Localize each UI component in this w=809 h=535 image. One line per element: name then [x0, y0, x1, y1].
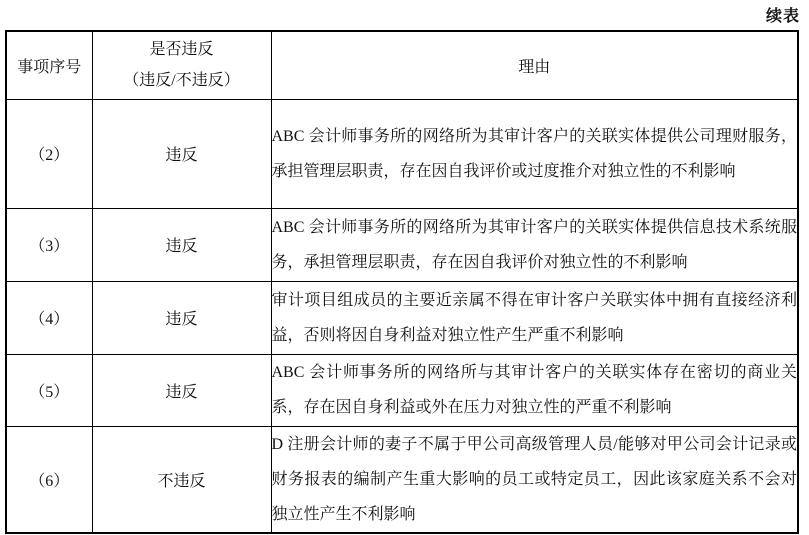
- table-row: （2） 违反 ABC 会计师事务所的网络所为其审计客户的关联实体提供公司理财服务…: [6, 99, 798, 208]
- violations-table: 事项序号 是否违反 （违反/不违反） 理由 （2） 违反 ABC 会计师事务所的…: [5, 30, 799, 534]
- table-header-row: 事项序号 是否违反 （违反/不违反） 理由: [6, 31, 798, 99]
- reason-cell: ABC 会计师事务所的网络所为其审计客户的关联实体提供公司理财服务，承担管理层职…: [271, 99, 798, 208]
- col-header-violation: 是否违反 （违反/不违反）: [92, 31, 271, 99]
- col-header-reason: 理由: [271, 31, 798, 99]
- col-header-violation-line2: （违反/不违反）: [93, 65, 271, 96]
- reason-cell: D 注册会计师的妻子不属于甲公司高级管理人员/能够对甲公司会计记录或财务报表的编…: [271, 426, 798, 533]
- table-row: （4） 违反 审计项目组成员的主要近亲属不得在审计客户关联实体中拥有直接经济利益…: [6, 281, 798, 354]
- violation-cell: 违反: [92, 99, 271, 208]
- col-header-violation-line1: 是否违反: [93, 34, 271, 65]
- col-header-item-number: 事项序号: [6, 31, 92, 99]
- reason-cell: ABC 会计师事务所的网络所为其审计客户的关联实体提供信息技术系统服务，承担管理…: [271, 208, 798, 281]
- item-number-cell: （3）: [6, 208, 92, 281]
- reason-cell: ABC 会计师事务所的网络所与其审计客户的关联实体存在密切的商业关系，存在因自身…: [271, 354, 798, 426]
- item-number-cell: （4）: [6, 281, 92, 354]
- violation-cell: 违反: [92, 208, 271, 281]
- continued-table-label: 续表: [766, 3, 800, 26]
- item-number-cell: （5）: [6, 354, 92, 426]
- reason-cell: 审计项目组成员的主要近亲属不得在审计客户关联实体中拥有直接经济利益，否则将因自身…: [271, 281, 798, 354]
- violation-cell: 违反: [92, 354, 271, 426]
- table-row: （3） 违反 ABC 会计师事务所的网络所为其审计客户的关联实体提供信息技术系统…: [6, 208, 798, 281]
- table-row: （6） 不违反 D 注册会计师的妻子不属于甲公司高级管理人员/能够对甲公司会计记…: [6, 426, 798, 533]
- violation-cell: 违反: [92, 281, 271, 354]
- table-row: （5） 违反 ABC 会计师事务所的网络所与其审计客户的关联实体存在密切的商业关…: [6, 354, 798, 426]
- item-number-cell: （6）: [6, 426, 92, 533]
- item-number-cell: （2）: [6, 99, 92, 208]
- violation-cell: 不违反: [92, 426, 271, 533]
